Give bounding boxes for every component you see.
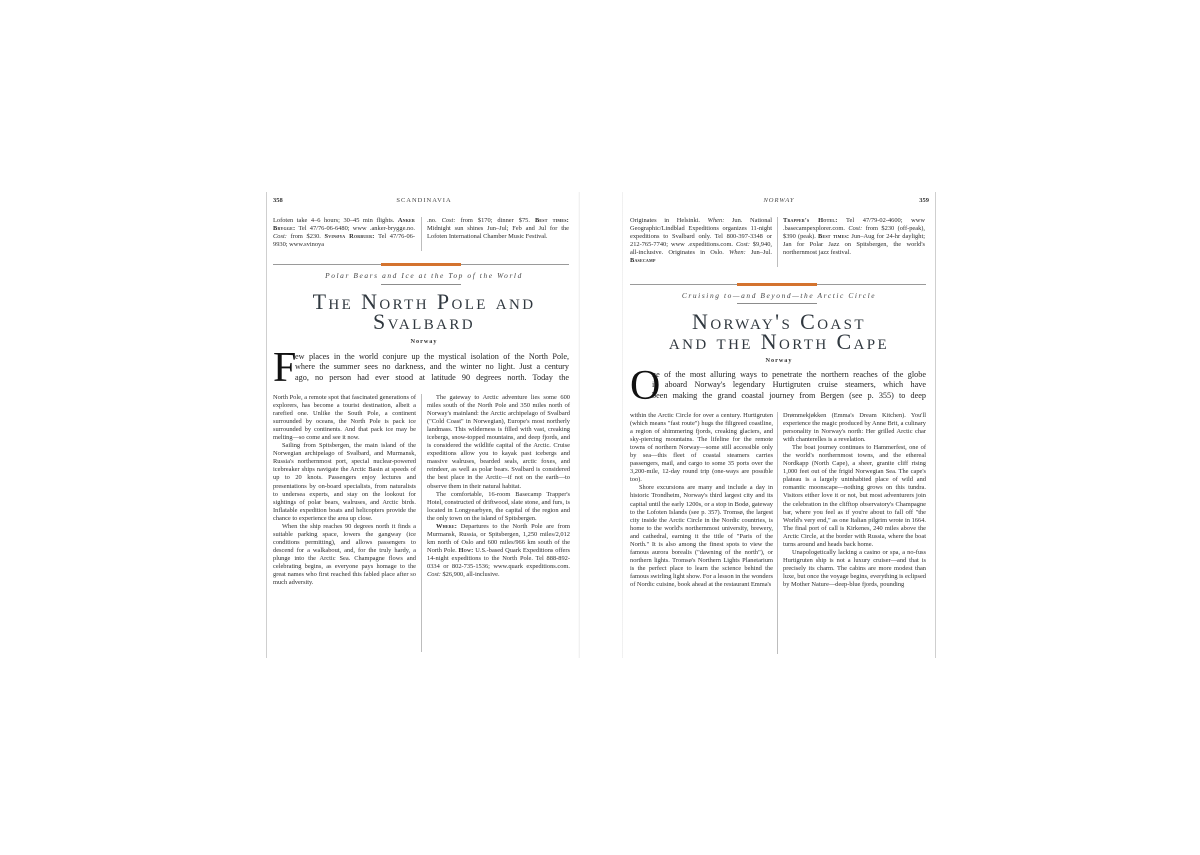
continuation-column-1: Lofoten take 4–6 hours; 30–45 min flight… xyxy=(273,217,415,249)
body-column-1: North Pole, a remote spot that fascinate… xyxy=(273,394,416,587)
article-location: Norway xyxy=(623,357,935,364)
lead-paragraph: F ew places in the world conjure up the … xyxy=(273,352,569,383)
continuation-column-2: Trapper's Hotel: Tel 47/79-02-4600; www … xyxy=(783,217,925,257)
running-head: SCANDINAVIA xyxy=(267,197,581,204)
section-kicker: Cruising to—and Beyond—the Arctic Circle xyxy=(623,291,935,300)
article-title: The North Pole and Svalbard xyxy=(267,292,581,332)
page-number: 359 xyxy=(919,197,929,204)
column-divider xyxy=(777,217,778,267)
accent-bar xyxy=(737,283,817,286)
continuation-column-2: .no. Cost: from $170; dinner $75. Best t… xyxy=(427,217,569,241)
kicker-underline xyxy=(737,303,817,304)
body-column-1: within the Arctic Circle for over a cent… xyxy=(630,412,773,589)
article-location: Norway xyxy=(267,338,581,345)
column-divider xyxy=(421,217,422,251)
spine-shadow-left xyxy=(578,192,580,658)
drop-cap: F xyxy=(273,351,296,385)
kicker-underline xyxy=(381,284,461,285)
lead-paragraph: O ne of the most alluring ways to penetr… xyxy=(630,370,926,401)
section-kicker: Polar Bears and Ice at the Top of the Wo… xyxy=(267,271,581,280)
article-title: Norway's Coast and the North Cape xyxy=(623,312,935,352)
right-page: NORWAY 359 Originates in Helsinki. When:… xyxy=(623,192,936,658)
running-head: NORWAY xyxy=(623,197,935,204)
body-column-2: The gateway to Arctic adventure lies som… xyxy=(427,394,570,579)
column-divider xyxy=(777,412,778,654)
left-page: 358 SCANDINAVIA Lofoten take 4–6 hours; … xyxy=(266,192,581,658)
column-divider xyxy=(421,394,422,652)
drop-cap: O xyxy=(630,369,660,403)
accent-bar xyxy=(381,263,461,266)
continuation-column-1: Originates in Helsinki. When: Jun. Natio… xyxy=(630,217,772,265)
body-column-2: Drømmekjøkken (Emma's Dream Kitchen). Yo… xyxy=(783,412,926,589)
